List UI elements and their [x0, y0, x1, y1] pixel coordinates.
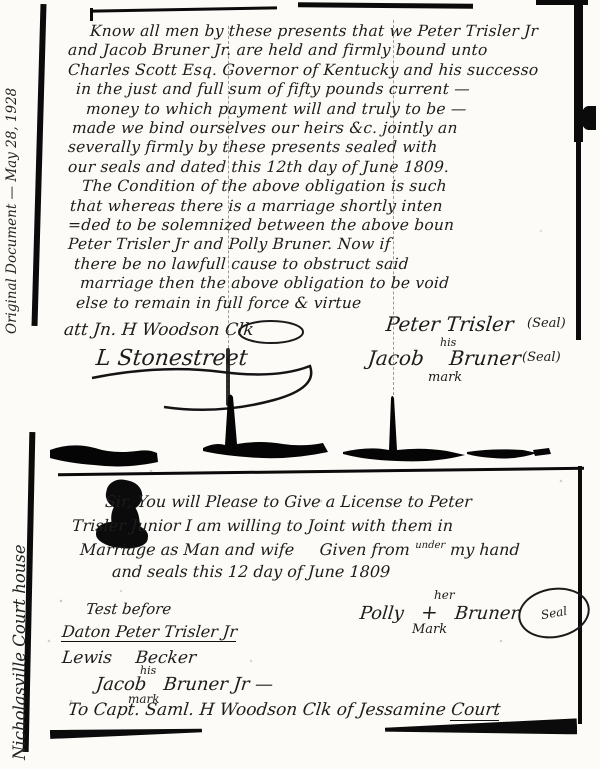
- polly-first: Polly: [359, 603, 405, 624]
- consent-line-3c: my hand: [450, 540, 521, 559]
- polly-seal-text: Seal: [540, 604, 568, 622]
- consent-line-3a: Marriage as Man and wife: [80, 540, 295, 559]
- bottom-scan-mark-right: [385, 718, 577, 737]
- polly-cross-mark: +: [420, 600, 439, 624]
- bond-line: Peter Trisler Jr and Polly Bruner. Now i…: [67, 235, 580, 254]
- bond-line: that whereas there is a marriage shortly…: [69, 197, 580, 216]
- addressee-text: To Capt. Saml. H Woodson Clk of Jessamin…: [67, 700, 452, 720]
- bond-top-border-mid: [298, 2, 473, 9]
- bond-text-block: Know all men by these presents that we P…: [68, 22, 580, 313]
- jacob-bruner-signature: Jacob Bruner: [367, 346, 522, 370]
- bond-top-border-left: [92, 6, 277, 12]
- bond-line: Charles Scott Esq. Governor of Kentucky …: [67, 61, 580, 80]
- consent-line-4: and seals this 12 day of June 1809: [111, 560, 390, 583]
- jacob-last: Bruner: [448, 346, 522, 370]
- peter-trisler-seal: (Seal): [527, 316, 566, 331]
- bond-line: The Condition of the above obligation is…: [81, 177, 580, 196]
- bond-line: and Jacob Bruner Jr. are held and firmly…: [67, 41, 580, 60]
- test-before-label: Test before: [85, 600, 172, 618]
- ink-blob-right-edge: [581, 106, 596, 130]
- bond-line: made we bind ourselves our heirs &c. joi…: [71, 119, 580, 138]
- addressee-line: To Capt. Saml. H Woodson Clk of Jessamin…: [67, 700, 501, 720]
- jacob-first: Jacob: [367, 346, 426, 370]
- witness-jacob-bruner-jr: Jacob Bruner Jr —: [95, 674, 274, 695]
- jacob-bruner-mark-word: mark: [428, 370, 462, 385]
- jacob-bruner-seal: (Seal): [522, 350, 561, 365]
- polly-last: Bruner: [454, 603, 520, 624]
- polly-mark-word: Mark: [412, 622, 447, 637]
- scan-left-edge-upper: [32, 4, 47, 326]
- peter-trisler-signature: Peter Trisler: [385, 312, 515, 336]
- bond-line: else to remain in full force & virtue: [75, 294, 580, 313]
- fold-smudge: [45, 390, 555, 475]
- attestation-clerk-line: att Jn. H Woodson Clk: [63, 320, 255, 340]
- bond-line: money to which payment will and truly to…: [85, 100, 580, 119]
- bond-line: in the just and full sum of fifty pounds…: [75, 80, 580, 99]
- attestation-flourish: [236, 318, 306, 346]
- bond-top-border-corner: [90, 8, 93, 21]
- consent-line-3b: Given from: [319, 540, 410, 559]
- polly-bruner-signature: Polly + Bruner: [359, 600, 521, 624]
- bond-line: marriage then the above obligation to be…: [79, 274, 580, 293]
- bond-line: =ded to be solemnized between the above …: [67, 216, 580, 235]
- margin-note-courthouse: Nicholasville Court house: [10, 424, 29, 760]
- consent-line-1: Sir, You will Please to Give a License t…: [104, 490, 472, 513]
- witness-jacob-last: Bruner Jr —: [162, 674, 274, 695]
- consent-insert-under: under: [415, 540, 446, 551]
- scan-noise-speckles: [0, 0, 2, 2]
- bond-line: there be no lawfull cause to obstruct sa…: [73, 255, 580, 274]
- witness-lewis-becker: Lewis Becker: [61, 648, 197, 668]
- consent-line-2: Trisler Junior I am willing to Joint wit…: [71, 514, 453, 537]
- bond-line: Know all men by these presents that we P…: [89, 22, 580, 41]
- addressee-court: Court: [450, 700, 501, 721]
- margin-note-original-document: Original Document — May 28, 1928: [4, 34, 20, 334]
- bottom-scan-mark-left: [50, 726, 202, 739]
- bond-line: severally firmly by these presents seale…: [67, 138, 580, 157]
- witness-daton-peter-trisler: Daton Peter Trisler Jr: [61, 622, 238, 642]
- bond-line: our seals and dated this 12th day of Jun…: [67, 158, 580, 177]
- scanned-marriage-bond-document: Original Document — May 28, 1928 Nichola…: [0, 0, 600, 769]
